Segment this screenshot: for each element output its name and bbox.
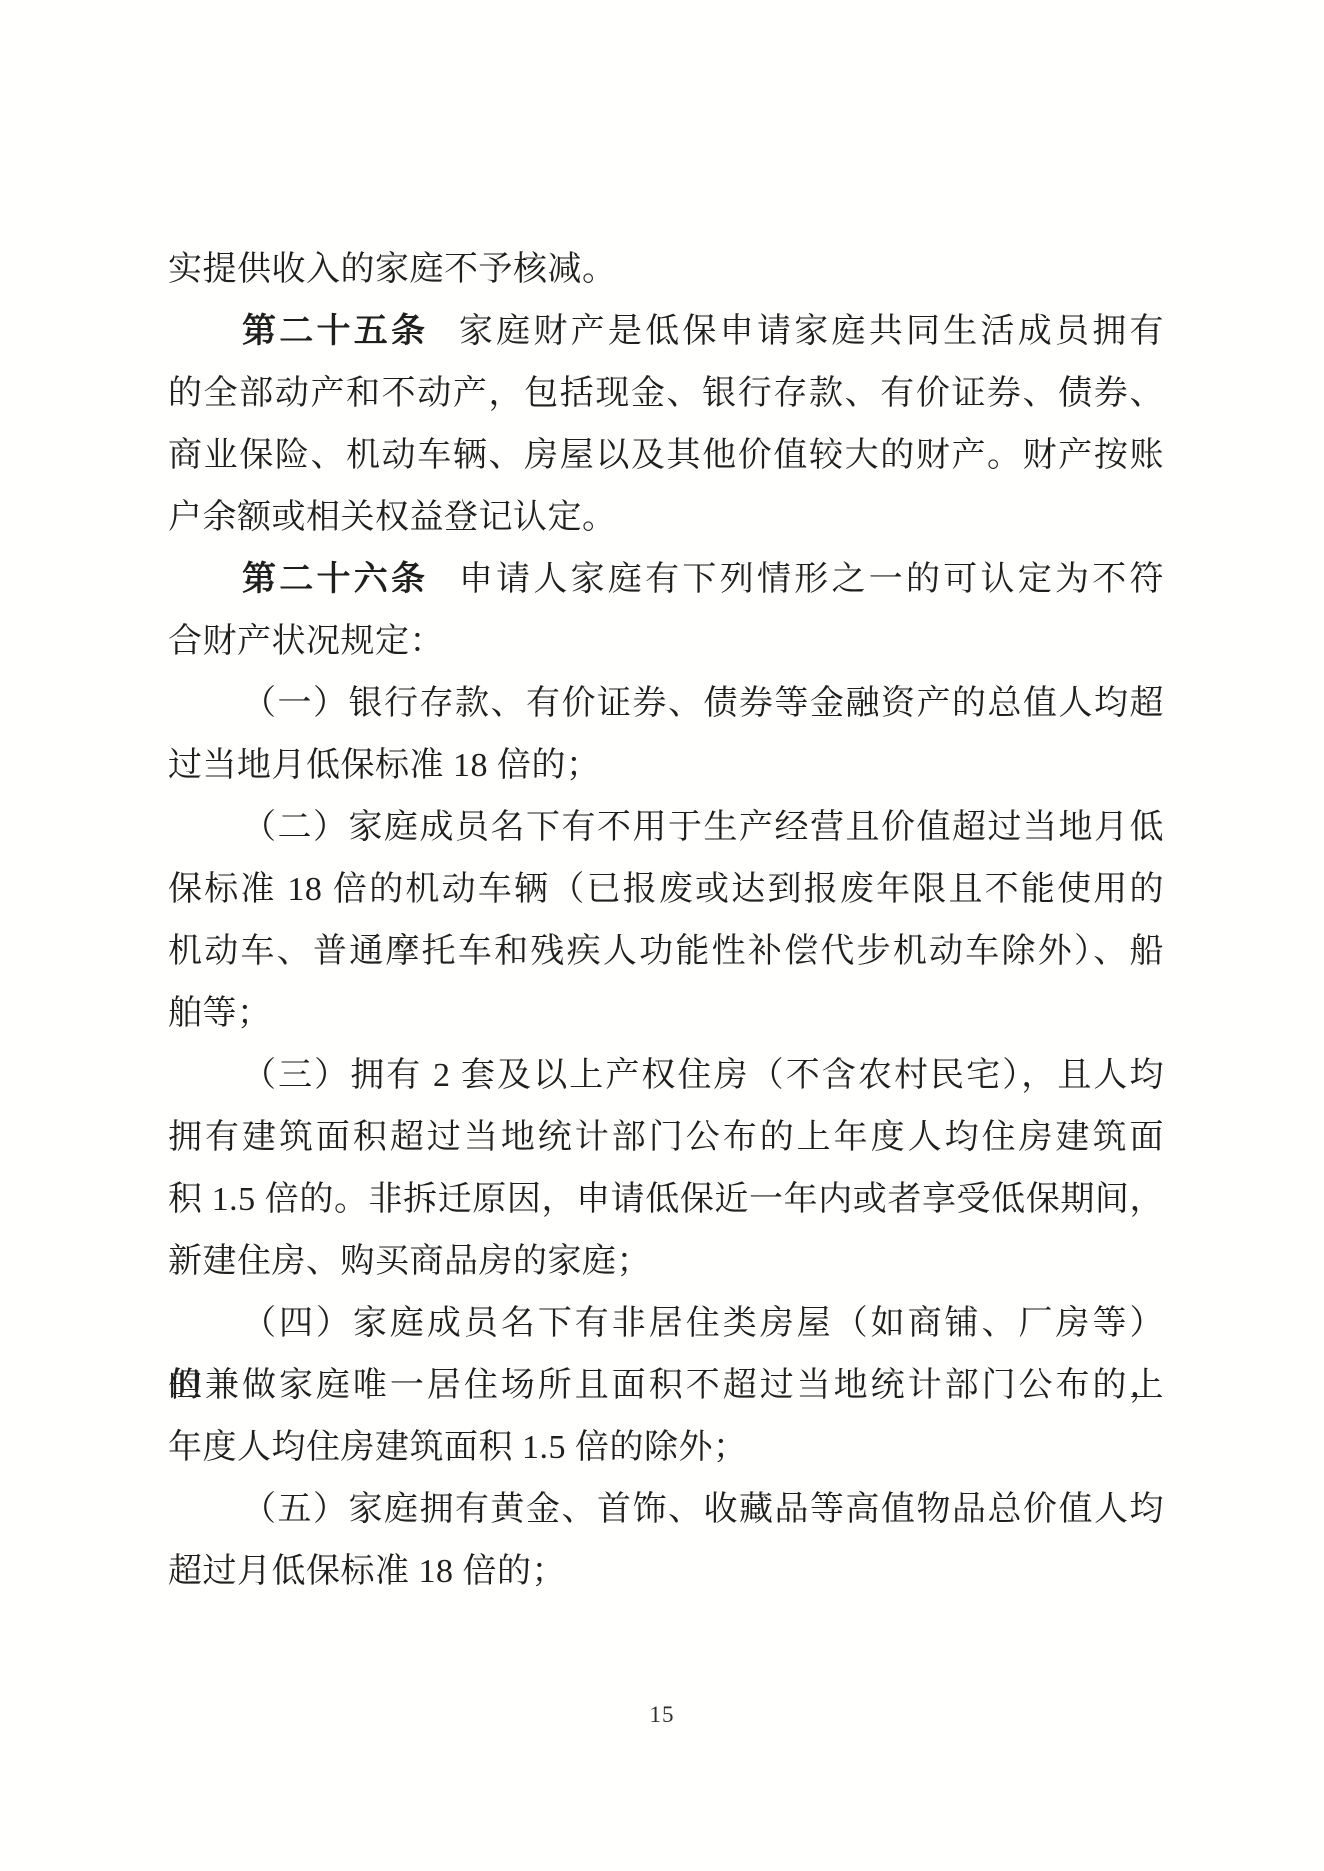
text-line: 超过月低保标准 18 倍的；: [168, 1541, 1164, 1603]
text-line: 的全部动产和不动产，包括现金、银行存款、有价证券、债券、: [168, 363, 1164, 425]
text-line: 过当地月低保标准 18 倍的；: [168, 735, 1164, 797]
article-text: 家庭财产是低保申请家庭共同生活成员拥有: [459, 313, 1164, 350]
text-line: 年度人均住房建筑面积 1.5 倍的除外；: [168, 1417, 1164, 1479]
article-line: 第二十五条家庭财产是低保申请家庭共同生活成员拥有: [168, 301, 1164, 363]
text-line: 合财产状况规定：: [168, 611, 1164, 673]
text-line: 但兼做家庭唯一居住场所且面积不超过当地统计部门公布的上: [168, 1355, 1164, 1417]
article-line: 第二十六条申请人家庭有下列情形之一的可认定为不符: [168, 549, 1164, 611]
text-line: （二）家庭成员名下有不用于生产经营且价值超过当地月低: [168, 797, 1164, 859]
text-line: 拥有建筑面积超过当地统计部门公布的上年度人均住房建筑面: [168, 1107, 1164, 1169]
text-line: 商业保险、机动车辆、房屋以及其他价值较大的财产。财产按账: [168, 425, 1164, 487]
text-line: （五）家庭拥有黄金、首饰、收藏品等高值物品总价值人均: [168, 1479, 1164, 1541]
document-body: 实提供收入的家庭不予核减。第二十五条家庭财产是低保申请家庭共同生活成员拥有的全部…: [168, 239, 1164, 1603]
text-line: （一）银行存款、有价证券、债券等金融资产的总值人均超: [168, 673, 1164, 735]
article-text: 申请人家庭有下列情形之一的可认定为不符: [459, 561, 1164, 598]
text-line: 保标准 18 倍的机动车辆（已报废或达到报废年限且不能使用的: [168, 859, 1164, 921]
text-line: （三）拥有 2 套及以上产权住房（不含农村民宅），且人均: [168, 1045, 1164, 1107]
text-line: 机动车、普通摩托车和残疾人功能性补偿代步机动车除外）、船: [168, 921, 1164, 983]
text-line: （四）家庭成员名下有非居住类房屋（如商铺、厂房等）的，: [168, 1293, 1164, 1355]
article-number: 第二十五条: [242, 313, 428, 350]
text-line: 实提供收入的家庭不予核减。: [168, 239, 1164, 301]
text-line: 新建住房、购买商品房的家庭；: [168, 1231, 1164, 1293]
page-number: 15: [0, 1702, 1324, 1728]
article-number: 第二十六条: [242, 561, 428, 598]
text-line: 舶等；: [168, 983, 1164, 1045]
text-line: 积 1.5 倍的。非拆迁原因，申请低保近一年内或者享受低保期间，: [168, 1169, 1164, 1231]
text-line: 户余额或相关权益登记认定。: [168, 487, 1164, 549]
scanned-document-page: 实提供收入的家庭不予核减。第二十五条家庭财产是低保申请家庭共同生活成员拥有的全部…: [0, 0, 1324, 1871]
